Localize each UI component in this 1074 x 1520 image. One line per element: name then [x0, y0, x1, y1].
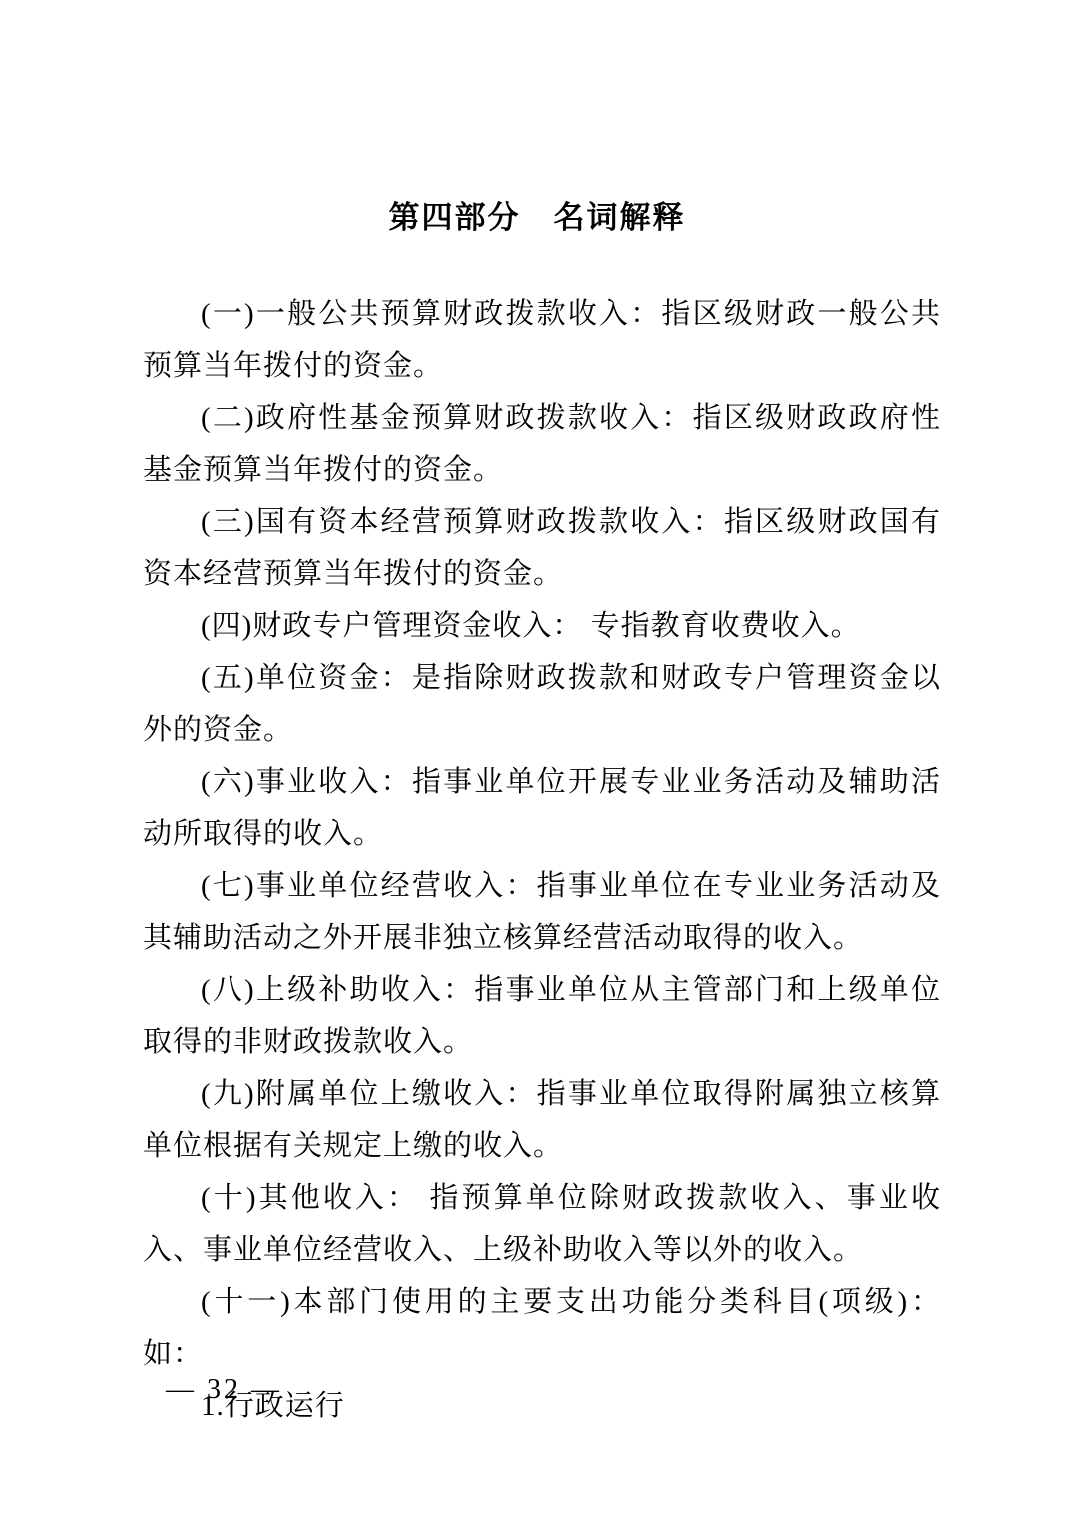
- paragraph-definition-11: (十一)本部门使用的主要支出功能分类科目(项级)： 如：: [143, 1276, 941, 1380]
- page-number: — 32 —: [166, 1374, 282, 1406]
- paragraph-definition-4: (四)财政专户管理资金收入： 专指教育收费收入。: [143, 600, 941, 652]
- document-page: 第四部分 名词解释 (一)一般公共预算财政拨款收入：指区级财政一般公共预算当年拨…: [0, 0, 1074, 1520]
- paragraph-definition-7: (七)事业单位经营收入：指事业单位在专业业务活动及其辅助活动之外开展非独立核算经…: [143, 860, 941, 964]
- document-body: (一)一般公共预算财政拨款收入：指区级财政一般公共预算当年拨付的资金。 (二)政…: [143, 288, 941, 1432]
- paragraph-definition-3: (三)国有资本经营预算财政拨款收入：指区级财政国有资本经营预算当年拨付的资金。: [143, 496, 941, 600]
- paragraph-definition-5: (五)单位资金：是指除财政拨款和财政专户管理资金以外的资金。: [143, 652, 941, 756]
- paragraph-definition-8: (八)上级补助收入：指事业单位从主管部门和上级单位取得的非财政拨款收入。: [143, 964, 941, 1068]
- paragraph-definition-9: (九)附属单位上缴收入：指事业单位取得附属独立核算单位根据有关规定上缴的收入。: [143, 1068, 941, 1172]
- paragraph-definition-1: (一)一般公共预算财政拨款收入：指区级财政一般公共预算当年拨付的资金。: [143, 288, 941, 392]
- paragraph-definition-2: (二)政府性基金预算财政拨款收入：指区级财政政府性基金预算当年拨付的资金。: [143, 392, 941, 496]
- paragraph-definition-6: (六)事业收入：指事业单位开展专业业务活动及辅助活动所取得的收入。: [143, 756, 941, 860]
- paragraph-definition-10: (十)其他收入： 指预算单位除财政拨款收入、事业收入、事业单位经营收入、上级补助…: [143, 1172, 941, 1276]
- page-title: 第四部分 名词解释: [0, 192, 1074, 237]
